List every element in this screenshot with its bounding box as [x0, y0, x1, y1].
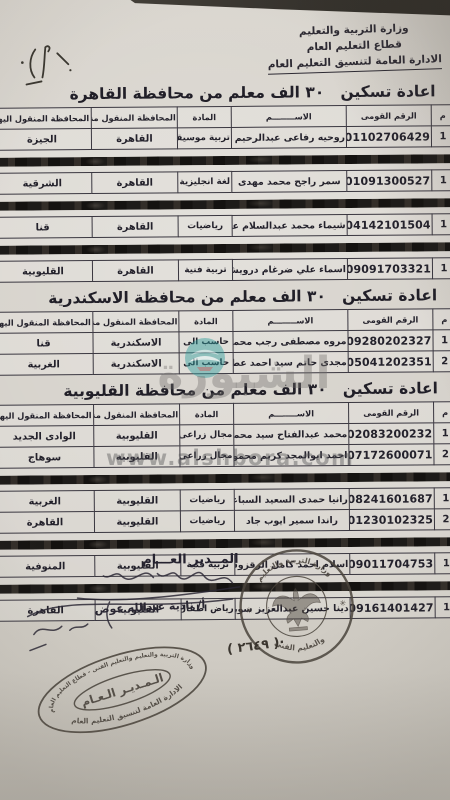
redaction-smudge [0, 198, 450, 211]
cell-no: 1 [433, 330, 450, 351]
section-title: اعادة تسكين ٣٠ الف معلم من محافظة القليو… [0, 379, 450, 401]
column-header: الاســــــــم [234, 403, 349, 425]
cell-no: 1 [434, 488, 450, 509]
cell-no: 2 [433, 351, 450, 372]
column-header: المحافظة المنقول منها [93, 311, 179, 333]
column-header: المحافظة المنقول منها [91, 107, 177, 129]
cell-to: الغربية [0, 354, 93, 376]
column-header: م [434, 402, 450, 423]
cell-subject: رياضيات [180, 510, 234, 531]
cell-national_id: 29009280202327 [348, 330, 433, 352]
column-header: المادة [177, 106, 231, 127]
oval-director-stamp: الـمـديـر الـعـام وزارة التربية والتعليم… [22, 629, 223, 751]
tables-area: اعادة تسكين ٣٠ الف معلم من محافظة القاهر… [0, 78, 450, 629]
cell-national_id: 28505041202351 [348, 351, 433, 373]
cell-name: مروه مصطفى رجب محمد [233, 331, 348, 353]
cell-to: قنا [0, 217, 92, 239]
column-header: المادة [180, 403, 234, 424]
scanned-document: وزارة التربية والتعليم قطاع التعليم العا… [0, 0, 450, 800]
cell-from: القاهرة [92, 260, 178, 282]
cell-subject: مجال زراعى [180, 424, 234, 445]
redaction-smudge [0, 154, 450, 167]
column-header: المادة [179, 310, 233, 331]
cell-to: القليوبية [0, 261, 93, 283]
cell-name: راندا سمير ايوب جاد [234, 510, 349, 532]
eagle-emblem-icon [271, 587, 322, 633]
redaction-smudge [0, 242, 450, 255]
cell-subject: تربية فنية [178, 259, 232, 280]
cell-no: 1 [432, 258, 450, 279]
cell-subject: حاسب الى [179, 331, 233, 352]
cell-name: محمد عبدالفتاح سيد محمد [234, 424, 349, 446]
cell-national_id: 28909091703321 [347, 258, 432, 280]
signature-block: المــدير العـــام أ/ نادية عبدالله عوض [1, 549, 450, 800]
cell-from: القليوبية [94, 446, 180, 468]
cell-subject: حاسب الى [179, 352, 233, 373]
cell-from: القليوبية [94, 511, 180, 533]
cell-name: سمر راجح محمد مهدى [232, 171, 347, 193]
column-header: الرقم القومى [349, 402, 434, 424]
cell-to: القاهرة [0, 512, 95, 534]
cell-to: سوهاج [0, 447, 94, 469]
column-header: المحافظة المنقول منها [94, 404, 180, 426]
column-header: الرقم القومى [346, 105, 431, 127]
placement-table: مالرقم القومىالاســــــــمالمادةالمحافظة… [0, 308, 450, 376]
column-header: م [433, 309, 450, 330]
cell-no: 2 [434, 509, 450, 530]
redaction-smudge [0, 472, 450, 485]
cell-name: اسماء علي ضرغام درويش [232, 259, 347, 281]
column-header: الاســــــــم [233, 310, 348, 332]
column-header: المحافظة المنقول اليها [0, 405, 94, 427]
cell-from: القليوبية [94, 490, 180, 512]
cell-name: رانيا حمدى السعيد السباعى [234, 489, 349, 511]
cell-to: الشرقية [0, 173, 92, 195]
cell-subject: لغة انجليزية [178, 171, 232, 192]
cell-national_id: 28901091300527 [347, 170, 432, 192]
cell-from: القاهرة [91, 128, 177, 150]
cell-no: 1 [432, 214, 450, 235]
cell-no: 1 [431, 126, 450, 147]
redaction-smudge [0, 537, 450, 550]
section-title: اعادة تسكين ٣٠ الف معلم من محافظة الاسكن… [0, 286, 449, 308]
section-title: اعادة تسكين ٣٠ الف معلم من محافظة القاهر… [0, 82, 448, 104]
column-header: المحافظة المنقول اليها [0, 312, 93, 334]
placement-section: اعادة تسكين ٣٠ الف معلم من محافظة الاسكن… [0, 286, 450, 376]
teacher-row: 128909091703321اسماء علي ضرغام درويشتربي… [0, 258, 450, 283]
cell-name: شيماء محمد عبدالسلام عباس [232, 215, 347, 237]
cell-national_id: 28801102706429 [346, 126, 431, 148]
cell-to: قنا [0, 333, 93, 355]
placement-section: اعادة تسكين ٣٠ الف معلم من محافظة القاهر… [0, 82, 449, 283]
cell-national_id: 28401230102325 [349, 509, 434, 531]
stamp-ornament-left: ✳ [245, 606, 253, 616]
cell-name: مجدى حاتم سيد احمد عطيه [233, 352, 348, 374]
cell-to: الوادى الجديد [0, 426, 94, 448]
cell-name: روحيه رفاعى عبدالرحيم عمر [231, 127, 346, 149]
cell-to: الجيزة [0, 129, 92, 151]
cell-from: القاهرة [92, 172, 178, 194]
document-photo: وزارة التربية والتعليم قطاع التعليم العا… [0, 0, 450, 800]
cell-no: 1 [432, 170, 450, 191]
cell-subject: رياضيات [180, 489, 234, 510]
letterhead: وزارة التربية والتعليم قطاع التعليم العا… [266, 20, 442, 75]
cell-subject: مجال زراعى [180, 445, 234, 466]
cell-from: الاسكندرية [93, 353, 179, 375]
stamp-ornament-right: ✳ [339, 599, 347, 609]
cell-from: القاهرة [92, 216, 178, 238]
teacher-row: 228505041202351مجدى حاتم سيد احمد عطيهحا… [0, 351, 450, 376]
cell-subject: تربية موسيقية [177, 127, 231, 148]
cell-national_id: 28202083200232 [349, 423, 434, 445]
column-header: الرقم القومى [348, 309, 433, 331]
cell-no: 2 [434, 444, 450, 465]
cell-national_id: 28808241601687 [349, 488, 434, 510]
column-header: الاســــــــم [231, 106, 346, 128]
cell-national_id: 26907172600071 [349, 444, 434, 466]
cell-no: 1 [434, 423, 450, 444]
column-header: المحافظة المنقول اليها [0, 108, 91, 130]
cell-to: الغربية [0, 491, 94, 513]
cell-from: القليوبية [94, 425, 180, 447]
cell-national_id: 29104142101504 [347, 214, 432, 236]
cell-subject: رياضيات [178, 215, 232, 236]
cell-from: الاسكندرية [93, 332, 179, 354]
placement-table: مالرقم القومىالاســــــــمالمادةالمحافظة… [0, 104, 450, 283]
column-header: م [431, 105, 450, 126]
cell-name: احمد ابوالمجد كريم محمود [234, 445, 349, 467]
